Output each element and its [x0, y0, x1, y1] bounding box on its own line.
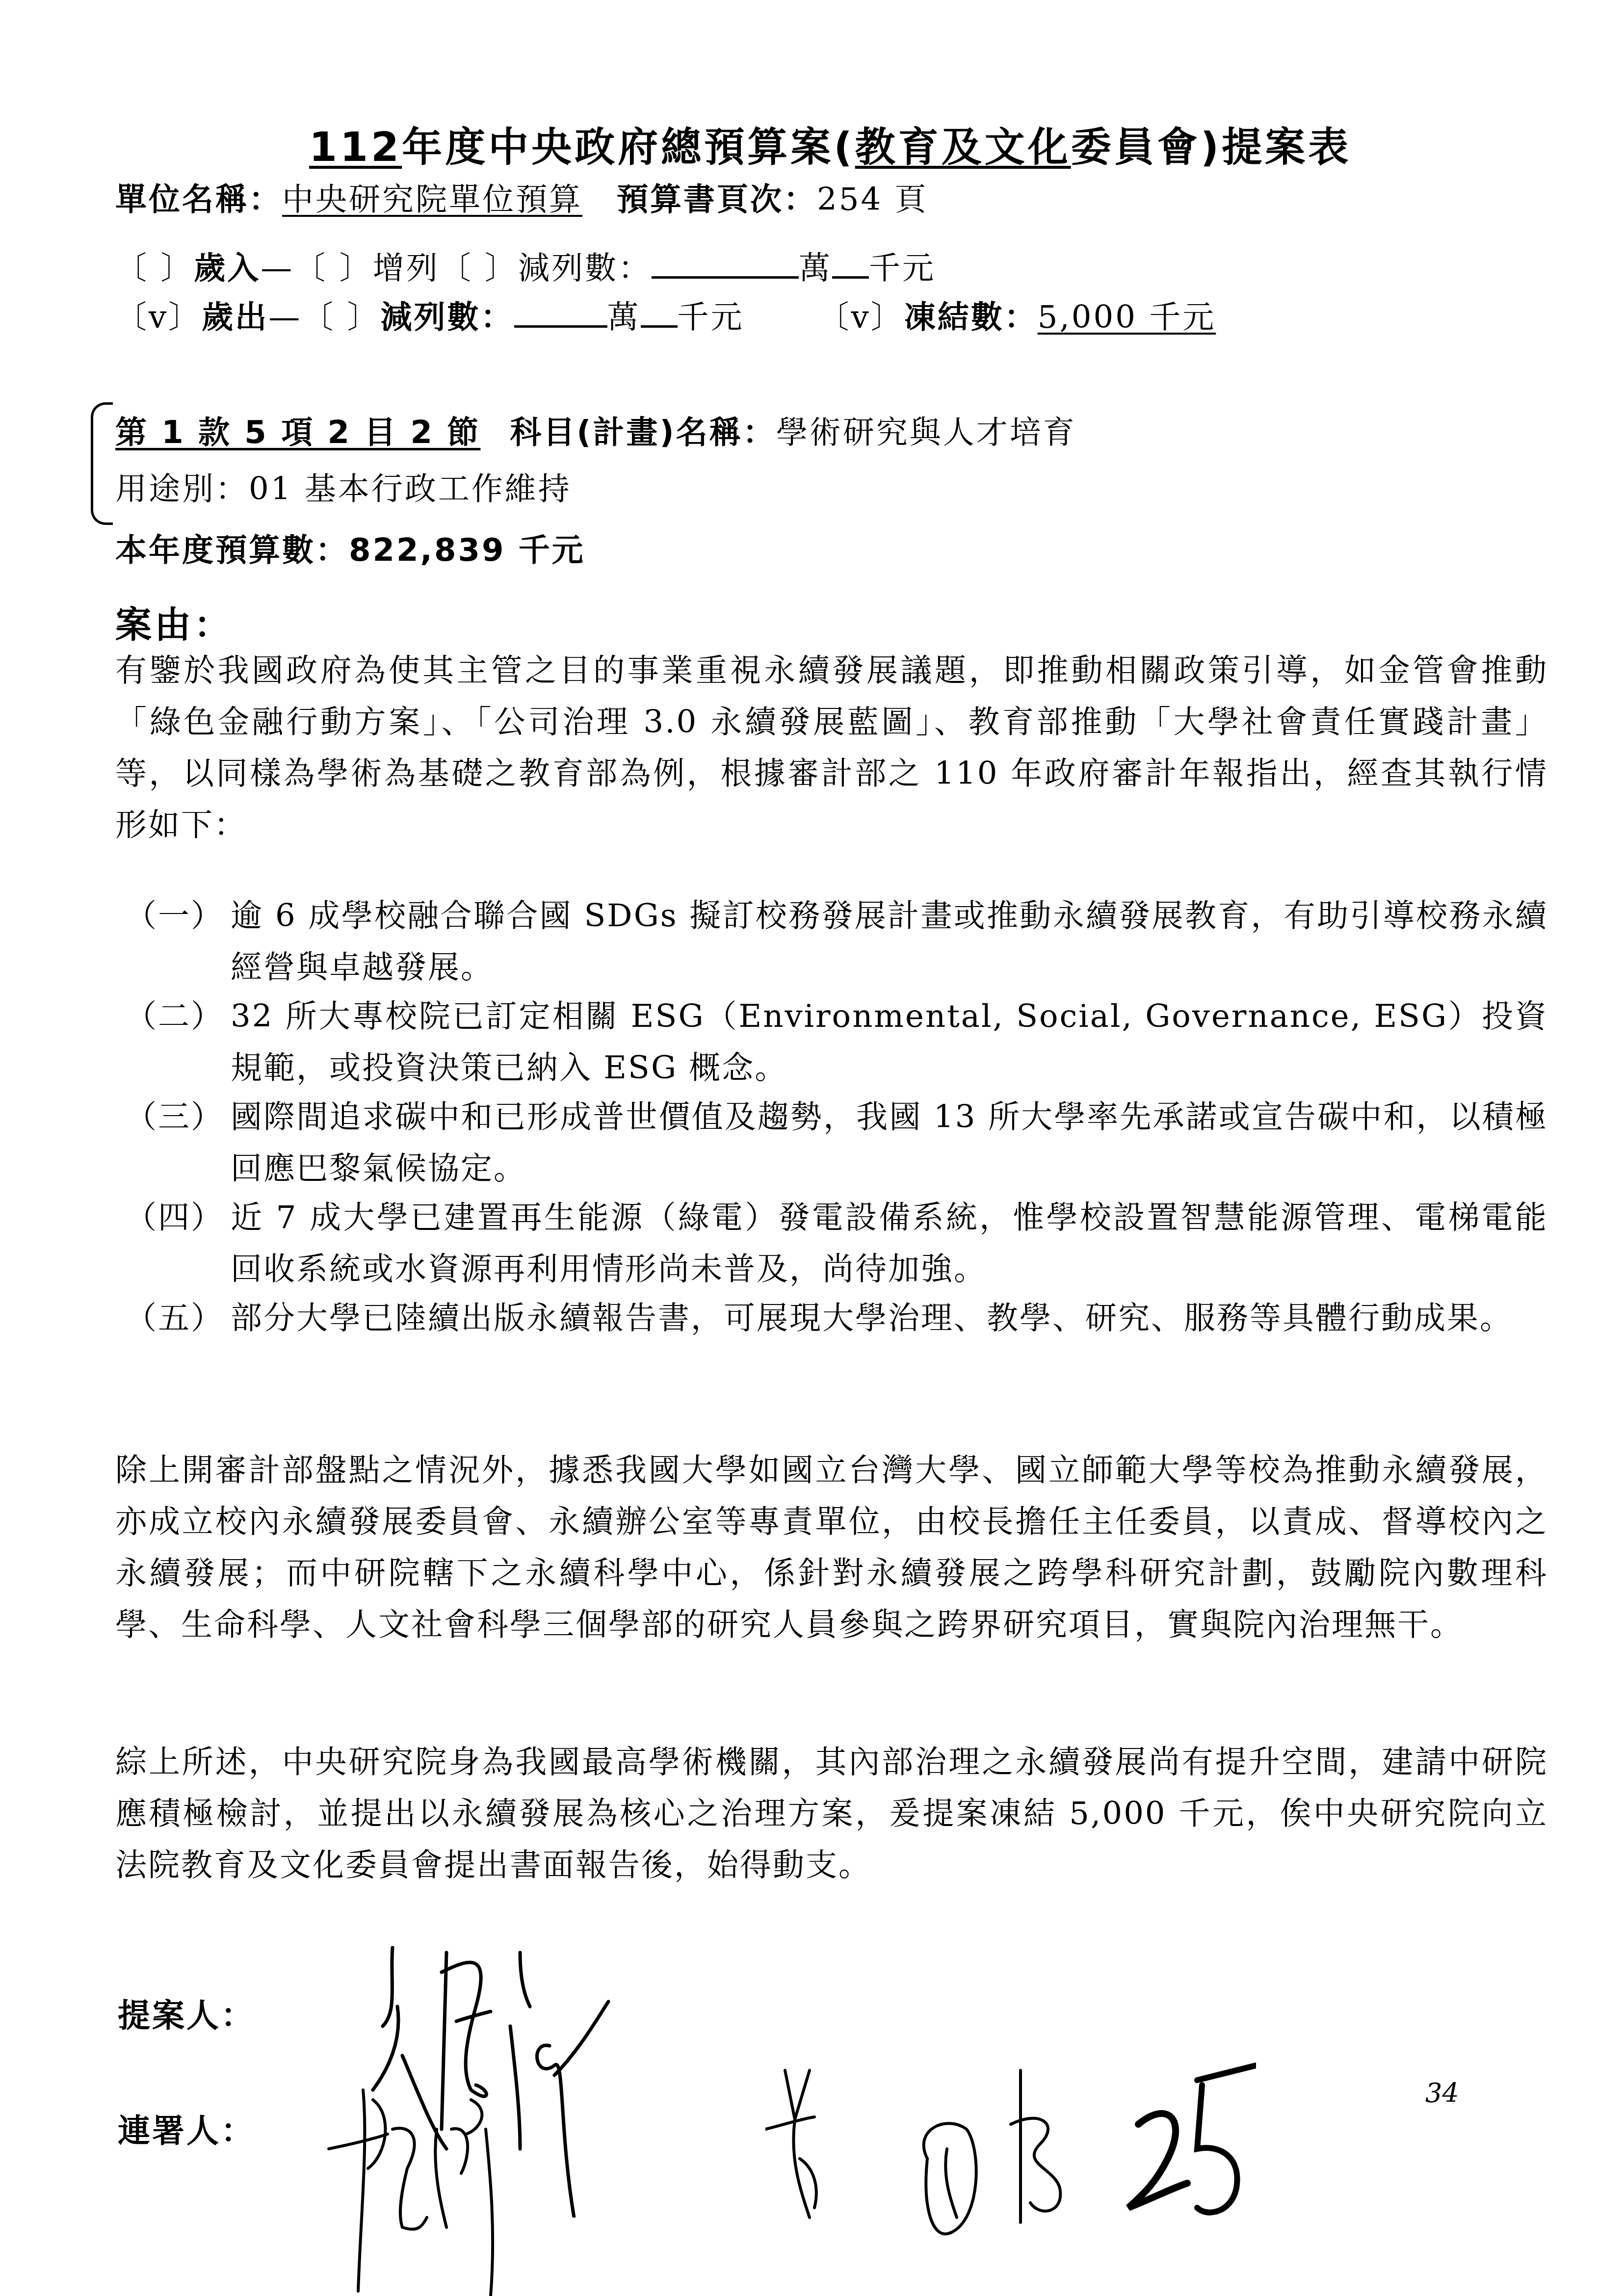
subject-line: 第 1 款 5 項 2 目 2 節科目(計畫)名稱：學術研究與人才培育 [115, 407, 1076, 452]
expenditure-checkbox: 〔v〕 [115, 299, 202, 336]
section-code: 第 1 款 5 項 2 目 2 節 [115, 415, 480, 451]
finding-item-3: （三） 國際間追求碳中和已形成普世價值及趨勢，我國 13 所大學率先承諾或宣告碳… [125, 1092, 1548, 1195]
budget-value: 822,839 千元 [349, 532, 585, 569]
item-number: （四） [125, 1192, 224, 1244]
item-number: （五） [125, 1293, 224, 1344]
cosigner-signature-1 [324, 2070, 569, 2296]
page-value: 254 頁 [817, 182, 928, 218]
freeze-label: 凍結數： [904, 299, 1038, 336]
decrease-checkbox: 〔 〕 [302, 299, 380, 336]
item-text: 部分大學已陸續出版永續報告書，可展現大學治理、教學、研究、服務等具體行動成果。 [231, 1293, 1548, 1344]
dash: — [268, 299, 302, 336]
title-year: 112 [309, 124, 402, 171]
usage-line: 用途別：01 基本行政工作維持 [115, 464, 572, 509]
item-text: 近 7 成大學已建置再生能源（綠電）發電設備系統，惟學校設置智慧能源管理、電梯電… [231, 1192, 1548, 1295]
reason-heading: 案由： [115, 596, 233, 648]
title-committee: 教育及文化 [855, 124, 1071, 171]
increase-checkbox: 〔 〕 [294, 250, 372, 287]
unit-label: 單位名稱： [115, 182, 282, 218]
wan-unit: 萬 [799, 250, 832, 287]
subject-bracket [91, 402, 113, 525]
reason-intro: 有鑒於我國政府為使其主管之目的事業重視永續發展議題，即推動相關政策引導，如金管會… [115, 645, 1548, 851]
title-end: 委員會)提案表 [1071, 124, 1351, 171]
wan-blank [514, 320, 607, 328]
item-number: （三） [125, 1092, 224, 1143]
decrease-label: 減列數： [381, 299, 514, 336]
item-text: 國際間追求碳中和已形成普世價值及趨勢，我國 13 所大學率先承諾或宣告碳中和，以… [231, 1092, 1548, 1195]
qian-unit: 千元 [869, 250, 936, 287]
item-text: 32 所大專校院已訂定相關 ESG（Environmental, Social,… [231, 991, 1548, 1094]
proposer-label: 提案人： [118, 1989, 255, 2036]
unit-line: 單位名稱：中央研究院單位預算預算書頁次：254 頁 [115, 174, 928, 219]
wan-unit: 萬 [607, 299, 641, 336]
freeze-checkbox: 〔v〕 [818, 299, 904, 336]
decrease-checkbox: 〔 〕 [440, 250, 518, 287]
revenue-line: 〔 〕歲入—〔 〕增列〔 〕減列數：萬千元 [115, 243, 936, 288]
subject-name-value: 學術研究與人才培育 [776, 415, 1076, 451]
expenditure-line: 〔v〕歲出—〔 〕減列數：萬千元〔v〕凍結數：5,000 千元 [115, 292, 1216, 337]
unit-value: 中央研究院單位預算 [282, 182, 582, 218]
cosigner-signature-2 [765, 2061, 1256, 2247]
expenditure-label: 歲出 [202, 299, 268, 336]
wan-blank [652, 271, 799, 279]
revenue-label: 歲入 [194, 250, 261, 287]
dash: — [261, 250, 294, 287]
cosigner-label: 連署人： [118, 2105, 255, 2151]
title-mid: 年度中央政府總預算案( [402, 124, 855, 171]
finding-item-4: （四） 近 7 成大學已建置再生能源（綠電）發電設備系統，惟學校設置智慧能源管理… [125, 1192, 1548, 1295]
finding-item-2: （二） 32 所大專校院已訂定相關 ESG（Environmental, Soc… [125, 991, 1548, 1094]
finding-item-1: （一） 逾 6 成學校融合聯合國 SDGs 擬訂校務發展計畫或推動永續發展教育，… [125, 890, 1548, 993]
qian-blank [832, 271, 869, 279]
document-title: 112年度中央政府總預算案(教育及文化委員會)提案表 [309, 115, 1351, 173]
budget-line: 本年度預算數：822,839 千元 [115, 525, 585, 570]
qian-blank [641, 320, 678, 328]
item-text: 逾 6 成學校融合聯合國 SDGs 擬訂校務發展計畫或推動永續發展教育，有助引導… [231, 890, 1548, 993]
reason-paragraph-3: 綜上所述，中央研究院身為我國最高學術機關，其內部治理之永續發展尚有提升空間，建請… [115, 1737, 1548, 1891]
budget-label: 本年度預算數： [115, 532, 349, 569]
item-number: （一） [125, 890, 224, 942]
reason-paragraph-2: 除上開審計部盤點之情況外，據悉我國大學如國立台灣大學、國立師範大學等校為推動永續… [115, 1445, 1548, 1651]
freeze-value: 5,000 千元 [1038, 299, 1216, 336]
increase-label: 增列 [373, 250, 440, 287]
handwritten-mark-34: 34 [1425, 2078, 1459, 2109]
revenue-checkbox: 〔 〕 [115, 250, 194, 287]
qian-unit: 千元 [678, 299, 744, 336]
page-label: 預算書頁次： [617, 182, 817, 218]
decrease-label: 減列數： [518, 250, 652, 287]
item-number: （二） [125, 991, 224, 1043]
subject-name-label: 科目(計畫)名稱： [510, 415, 776, 451]
finding-item-5: （五） 部分大學已陸續出版永續報告書，可展現大學治理、教學、研究、服務等具體行動… [125, 1293, 1548, 1344]
